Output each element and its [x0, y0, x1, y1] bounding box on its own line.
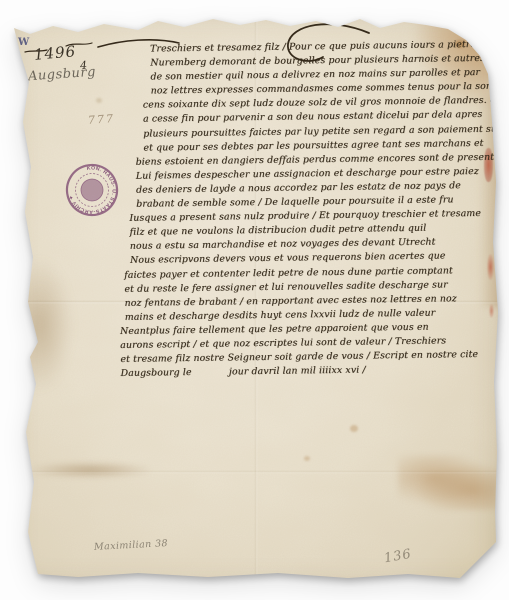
- folded-corner: [447, 548, 499, 592]
- stain-dot: [96, 98, 102, 103]
- stain-bottom-right: [398, 455, 498, 510]
- archive-stamp: KÖN. HAUS- U. STAATS-ARCHIV ✦: [58, 156, 126, 224]
- folio-number-pencil: 777: [88, 112, 116, 127]
- manuscript-text-block: Treschiers et tresamez filz / Pour ce qu…: [116, 38, 505, 382]
- photograph-of-manuscript: W 1496 4 Augsburg 777 KÖN. HAUS- U. STAA…: [0, 0, 509, 600]
- year-annotation: 1496: [33, 42, 77, 64]
- place-annotation: Augsburg: [28, 65, 97, 85]
- crease-horizontal: [8, 470, 500, 474]
- corner-w-mark: W: [18, 37, 29, 48]
- page-number-pencil: 136: [383, 547, 413, 567]
- catalog-note-pencil: Maximilian 38: [94, 538, 168, 553]
- stain-crease-smudge: [30, 462, 150, 478]
- stain-dot: [304, 456, 310, 461]
- stain-left-edge: [18, 257, 73, 392]
- stain-dot: [350, 425, 358, 432]
- paper-shadow-wrapper: W 1496 4 Augsburg 777 KÖN. HAUS- U. STAA…: [0, 0, 509, 600]
- manuscript-paper: W 1496 4 Augsburg 777 KÖN. HAUS- U. STAA…: [8, 12, 500, 588]
